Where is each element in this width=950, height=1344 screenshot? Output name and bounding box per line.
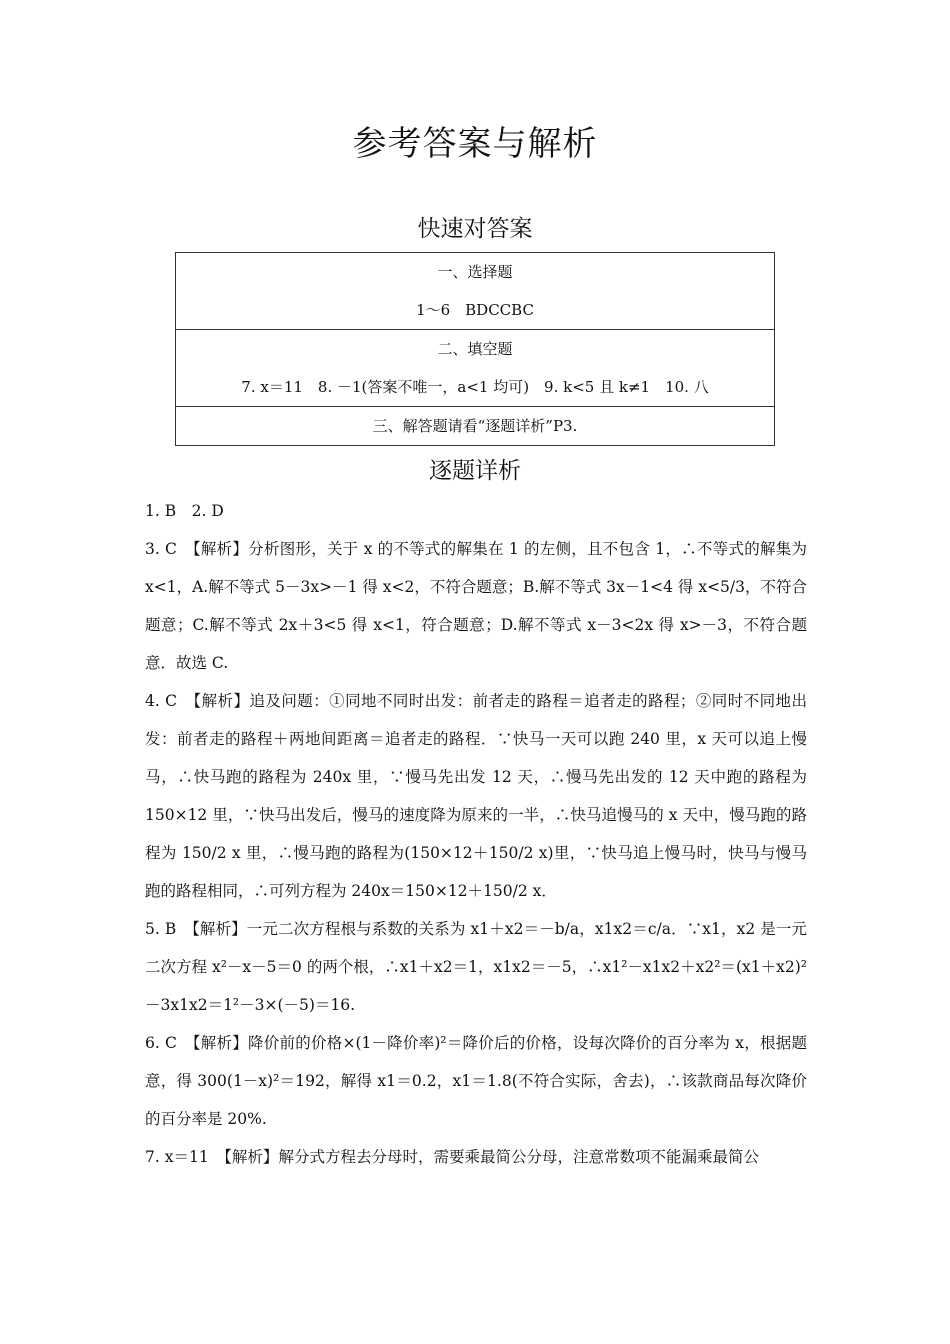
answer-label: 5. B 【解析】 (145, 920, 247, 938)
section-answers: 1～6 BDCCBC (176, 291, 774, 329)
detailed-solutions: 1. B 2. D 3. C 【解析】分析图形，关于 x 的不等式的解集在 1 … (145, 492, 807, 1176)
answer-item-3: 3. C 【解析】分析图形，关于 x 的不等式的解集在 1 的左侧，且不包含 1… (145, 530, 807, 682)
section-title: 一、选择题 (176, 253, 774, 291)
answer-item-1-2: 1. B 2. D (145, 492, 807, 530)
answer-explanation: 追及问题：①同地不同时出发：前者走的路程＝追者走的路程；②同时不同地出发：前者走… (145, 692, 807, 900)
page-title: 参考答案与解析 (0, 116, 950, 165)
answer-item-7: 7. x＝11 【解析】解分式方程去分母时，需要乘最简公分母，注意常数项不能漏乘… (145, 1138, 807, 1176)
answer-label: 3. C 【解析】 (145, 540, 248, 558)
detailed-heading: 逐题详析 (0, 452, 950, 485)
answer-label: 7. x＝11 【解析】 (145, 1148, 278, 1166)
section-title: 二、填空题 (176, 330, 774, 368)
answer-item-5: 5. B 【解析】一元二次方程根与系数的关系为 x1＋x2＝－b/a，x1x2＝… (145, 910, 807, 1024)
section-solutions: 三、解答题请看“逐题详析”P3. (176, 407, 775, 446)
answer-explanation: 分析图形，关于 x 的不等式的解集在 1 的左侧，且不包含 1，∴不等式的解集为… (145, 540, 807, 672)
answer-item-6: 6. C 【解析】降价前的价格×(1－降价率)²＝降价后的价格，设每次降价的百分… (145, 1024, 807, 1138)
answer-explanation: 解分式方程去分母时，需要乘最简公分母，注意常数项不能漏乘最简公 (278, 1148, 759, 1166)
section-title: 三、解答题请看“逐题详析”P3. (176, 407, 774, 445)
quick-answers-table: 一、选择题 1～6 BDCCBC 二、填空题 7. x＝11 8. －1(答案不… (175, 252, 775, 446)
quick-answers-heading: 快速对答案 (0, 210, 950, 243)
section-answers: 7. x＝11 8. －1(答案不唯一，a<1 均可) 9. k<5 且 k≠1… (176, 368, 774, 406)
answer-label: 4. C 【解析】 (145, 692, 249, 710)
section-fill-blank: 二、填空题 7. x＝11 8. －1(答案不唯一，a<1 均可) 9. k<5… (176, 330, 775, 407)
answer-label: 6. C 【解析】 (145, 1034, 248, 1052)
section-choice: 一、选择题 1～6 BDCCBC (176, 253, 775, 330)
answer-item-4: 4. C 【解析】追及问题：①同地不同时出发：前者走的路程＝追者走的路程；②同时… (145, 682, 807, 910)
